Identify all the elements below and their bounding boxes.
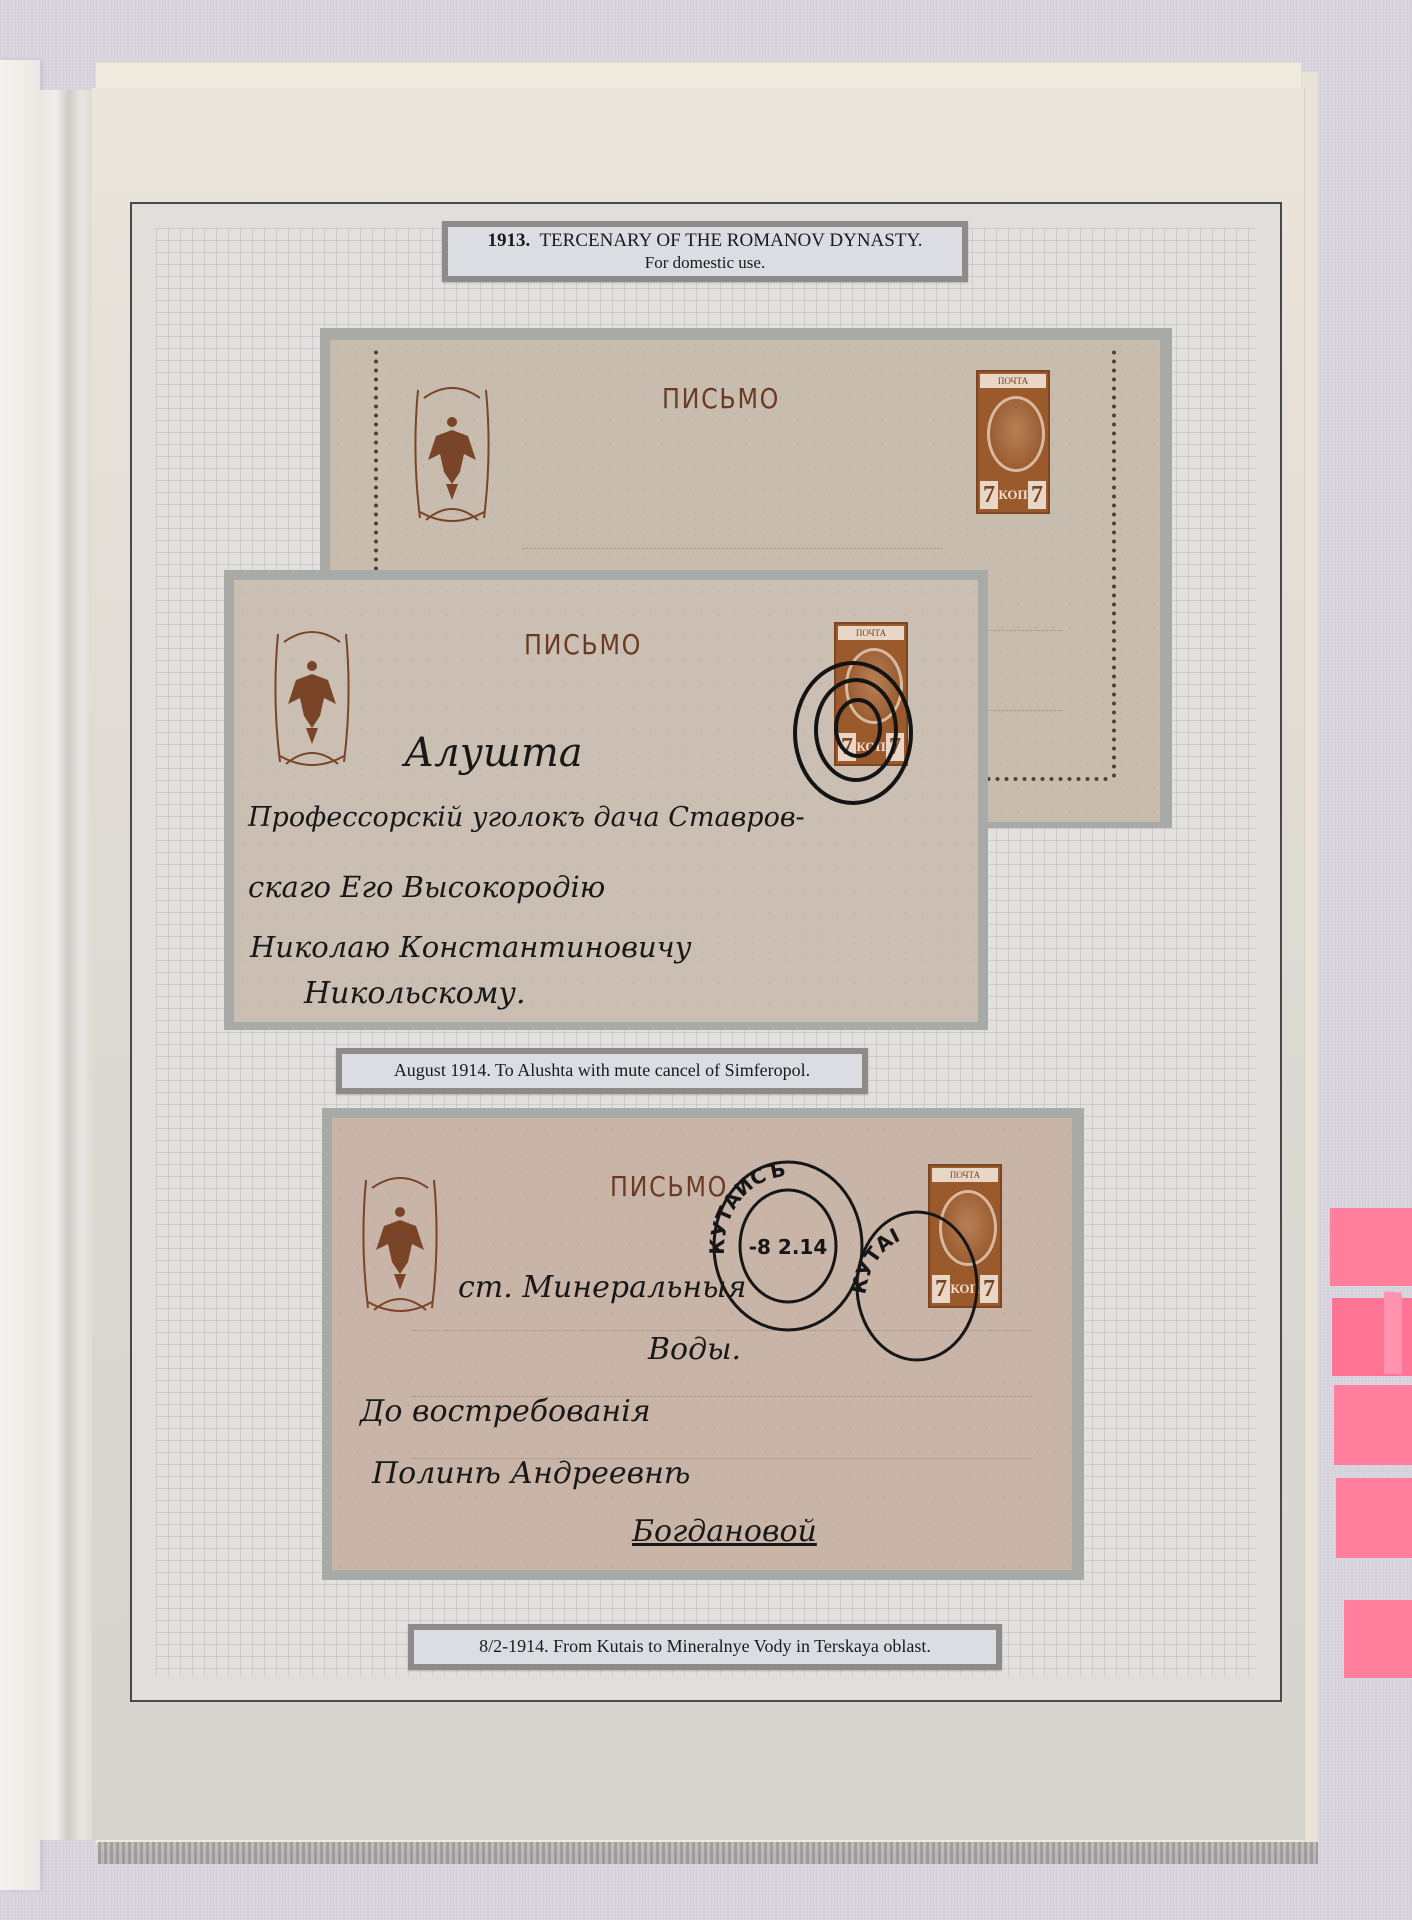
postmark-date: -8 2.14 [749,1235,828,1259]
letter-card-alushta: ПИСЬМО ПОЧТА 7 КОП 7 Алушта Профессорскі… [234,580,978,1022]
sheet-protector-edge [98,1842,1318,1864]
imprinted-stamp-nicholas-ii: ПОЧТА 7 КОП 7 [976,370,1050,514]
address-line-2: Профессорскій уголокъ дача Ставров- [248,802,805,833]
double-headed-eagle-emblem [410,380,494,528]
address-line-5: Никольскому. [304,976,525,1011]
address-line [522,548,942,549]
perforation-right [1112,348,1116,778]
page-title-caption: 1913. TERCENARY OF THE ROMANOV DYNASTY. … [442,221,968,282]
title-year: 1913. [488,230,531,251]
binder-cover [0,60,40,1890]
postmark-town-partial: КУТАІ [852,1223,903,1296]
perforation-left [374,348,378,588]
page-subtitle: For domestic use. [458,253,952,273]
binder-spine [40,90,92,1840]
stamp-header: ПОЧТА [838,626,904,640]
address-line-1: Алушта [404,730,583,776]
stamp-value: 7 [1028,481,1046,509]
caption-alushta: August 1914. To Alushta with mute cancel… [336,1048,868,1094]
address-line-1: ст. Минеральныя [458,1270,746,1305]
index-tab-flap [1384,1292,1402,1375]
kutais-postmark: КУТАИСЪ -8 2.14 [708,1156,868,1336]
index-tab[interactable] [1334,1385,1412,1465]
stamp-header: ПОЧТА [980,374,1046,388]
index-tab[interactable] [1336,1478,1412,1558]
double-headed-eagle-emblem [358,1170,442,1318]
svg-text:КУТАІ: КУТАІ [852,1223,903,1296]
mute-concentric-cancel [790,658,916,808]
double-headed-eagle-emblem [270,624,354,772]
letter-card-kutais: ПИСЬМО ПОЧТА 7 КОП 7 КУТАИСЪ -8 2.14 КУТ… [332,1118,1072,1570]
kutais-postmark-partial: КУТАІ [852,1206,982,1366]
address-line-4: Полинѣ Андреевнѣ [372,1456,690,1491]
card-title: ПИСЬМО [524,628,642,661]
index-tab[interactable] [1330,1208,1412,1286]
address-line-3: До востребованія [360,1394,651,1429]
caption-text: August 1914. To Alushta with mute cancel… [342,1054,862,1088]
page-title: TERCENARY OF THE ROMANOV DYNASTY. [539,230,922,251]
stamp-value: 7 [980,1275,998,1303]
tsar-portrait [987,396,1045,472]
stamp-value: 7 [980,481,998,509]
card-title: ПИСЬМО [662,382,780,415]
index-tab[interactable] [1344,1600,1412,1678]
caption-kutais: 8/2-1914. From Kutais to Mineralnye Vody… [408,1624,1002,1670]
address-line-5: Богдановой [632,1514,817,1549]
address-line-2: Воды. [648,1332,741,1367]
stamp-unit: КОП [998,487,1027,503]
address-line-4: Николаю Константиновичу [250,930,692,964]
address-line-3: скаго Его Высокородію [248,870,605,904]
caption-text: 8/2-1914. From Kutais to Mineralnye Vody… [414,1630,996,1664]
stamp-header: ПОЧТА [932,1168,998,1182]
